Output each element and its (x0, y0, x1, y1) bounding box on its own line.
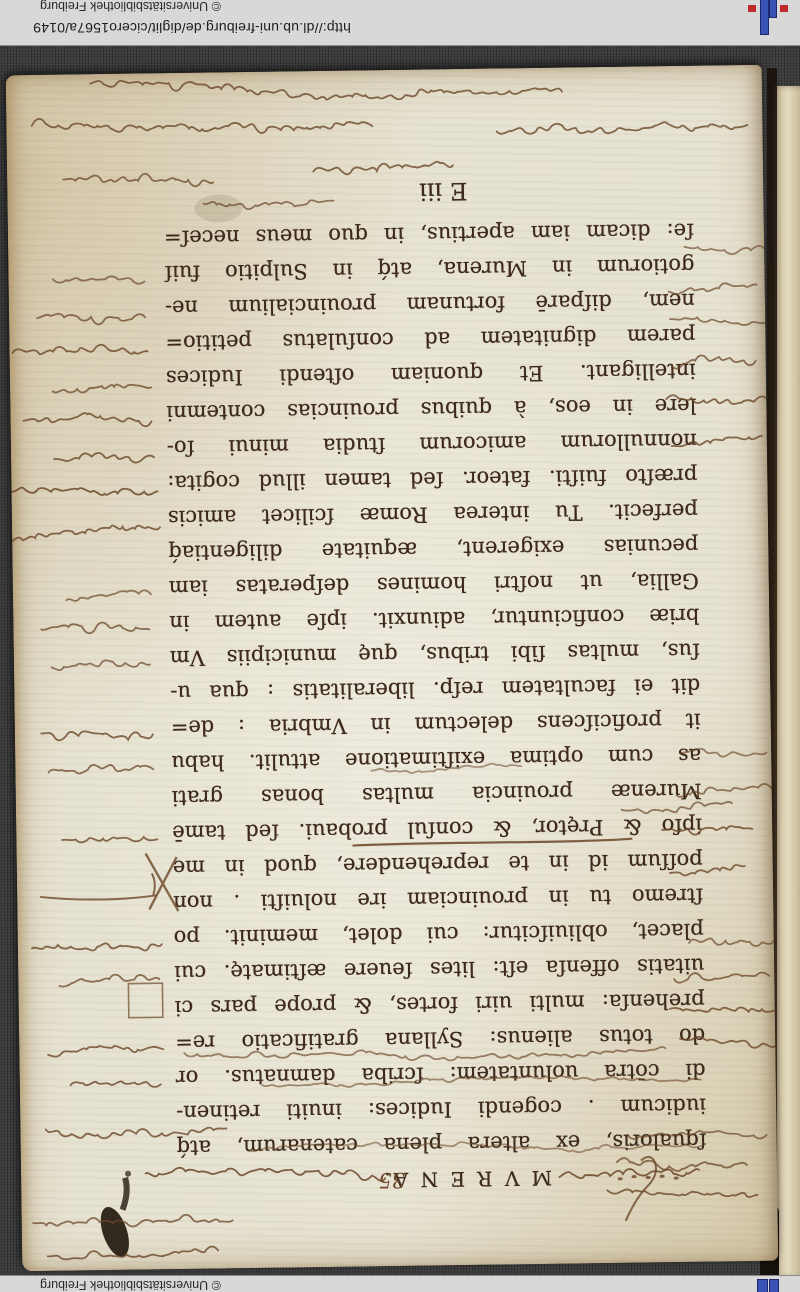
library-logo-red-right-icon (748, 5, 756, 12)
marginalia-squiggle (146, 1165, 386, 1184)
library-logo-red-left-icon (780, 5, 788, 12)
marginalia-squiggle (90, 75, 562, 104)
marginalia-squiggle (53, 384, 151, 393)
marginalia-squiggle (662, 826, 752, 835)
marginalia-squiggle (59, 974, 159, 987)
marginalia-squiggle (53, 276, 145, 285)
marginalia-squiggle (670, 1007, 775, 1014)
marginalia-squiggle (63, 173, 213, 188)
marginalia-squiggle (672, 436, 762, 447)
marginalia-squiggle (70, 1081, 160, 1088)
marginalia-squiggle (51, 660, 150, 670)
marginalia-squiggle (668, 283, 756, 294)
marginalia-squiggle (46, 1127, 227, 1139)
marginalia-squiggle (37, 313, 145, 326)
book-page: M V R E N A. 35 ſqualoris, ex altera ple… (6, 65, 779, 1271)
source-url-text: http://dl.ub.uni-freiburg.de/diglit/cice… (33, 20, 351, 36)
marginalia-squiggle (617, 1156, 747, 1171)
marginalia-squiggle (262, 1074, 701, 1088)
flourish-mark (625, 1157, 657, 1221)
marginalia-squiggle (48, 1246, 218, 1259)
marginalia-squiggle (676, 784, 771, 797)
marginalia-squiggle (680, 1036, 775, 1049)
library-logo-fragment-left-icon (770, 1280, 778, 1292)
handwritten-marginalia (6, 65, 779, 1271)
marginalia-squiggle (33, 1214, 233, 1228)
faint-stain (194, 194, 242, 223)
marginalia-squiggle (371, 763, 521, 773)
marginalia-squiggle (674, 972, 769, 983)
marginalia-squiggle (671, 355, 756, 369)
marginalia-squiggle (622, 802, 733, 814)
margin-bracket-line (40, 873, 156, 900)
marginalia-squiggle (41, 730, 153, 741)
marginalia-squiggle (23, 412, 151, 428)
watermark-bar-top: © Universitätsbibliothek Freiburg (0, 1275, 800, 1292)
library-logo-bar-tall-icon (761, 0, 768, 34)
marginalia-squiggle (627, 1130, 767, 1140)
rotated-scan-content: M V R E N A. 35 ſqualoris, ex altera ple… (0, 0, 800, 1292)
marginalia-squiggle (41, 622, 149, 634)
copyright-text: © Universitätsbibliothek Freiburg (40, 0, 221, 13)
marginalia-squiggle (32, 943, 162, 952)
adjacent-page-edge (774, 86, 800, 1278)
marginalia-squiggle (313, 162, 453, 175)
marginalia-squiggle (497, 121, 748, 135)
marginalia-squiggle (681, 748, 766, 757)
library-logo-fragment-right-icon (758, 1280, 767, 1292)
marginalia-squiggle (684, 246, 764, 255)
marginalia-squiggle (670, 317, 765, 326)
marginalia-squiggle (559, 1168, 699, 1178)
digitized-book-scan: M V R E N A. 35 ſqualoris, ex altera ple… (0, 0, 800, 1292)
copyright-text-cropped: © Universitätsbibliothek Freiburg (40, 1278, 221, 1292)
marginalia-squiggle (12, 344, 147, 355)
margin-box-annotation (128, 983, 162, 1017)
marginalia-squiggle (689, 938, 774, 947)
watermark-bar-bottom: http://dl.ub.uni-freiburg.de/diglit/cice… (0, 0, 800, 46)
marginalia-squiggle (32, 114, 373, 136)
marginalia-squiggle (6, 486, 158, 497)
ink-smudge (95, 1171, 135, 1261)
marginalia-squiggle (66, 590, 151, 601)
illegible-handwriting-strokes (6, 72, 778, 1260)
marginalia-squiggle (62, 837, 157, 843)
marginalia-squiggle (49, 764, 154, 774)
dot-row (619, 1176, 677, 1179)
marginalia-squiggle (48, 1045, 163, 1057)
marginalia-squiggle (184, 1046, 665, 1064)
marginalia-squiggle (54, 452, 154, 463)
marginalia-squiggle (250, 1138, 702, 1157)
marginalia-squiggle (666, 394, 766, 405)
marginalia-squiggle (670, 865, 745, 876)
marginalia-squiggle (607, 1188, 757, 1199)
margin-x-mark (146, 853, 179, 911)
ink-underline (352, 839, 632, 846)
marginalia-squiggle (10, 525, 160, 543)
library-logo-bar-short-icon (770, 0, 776, 17)
